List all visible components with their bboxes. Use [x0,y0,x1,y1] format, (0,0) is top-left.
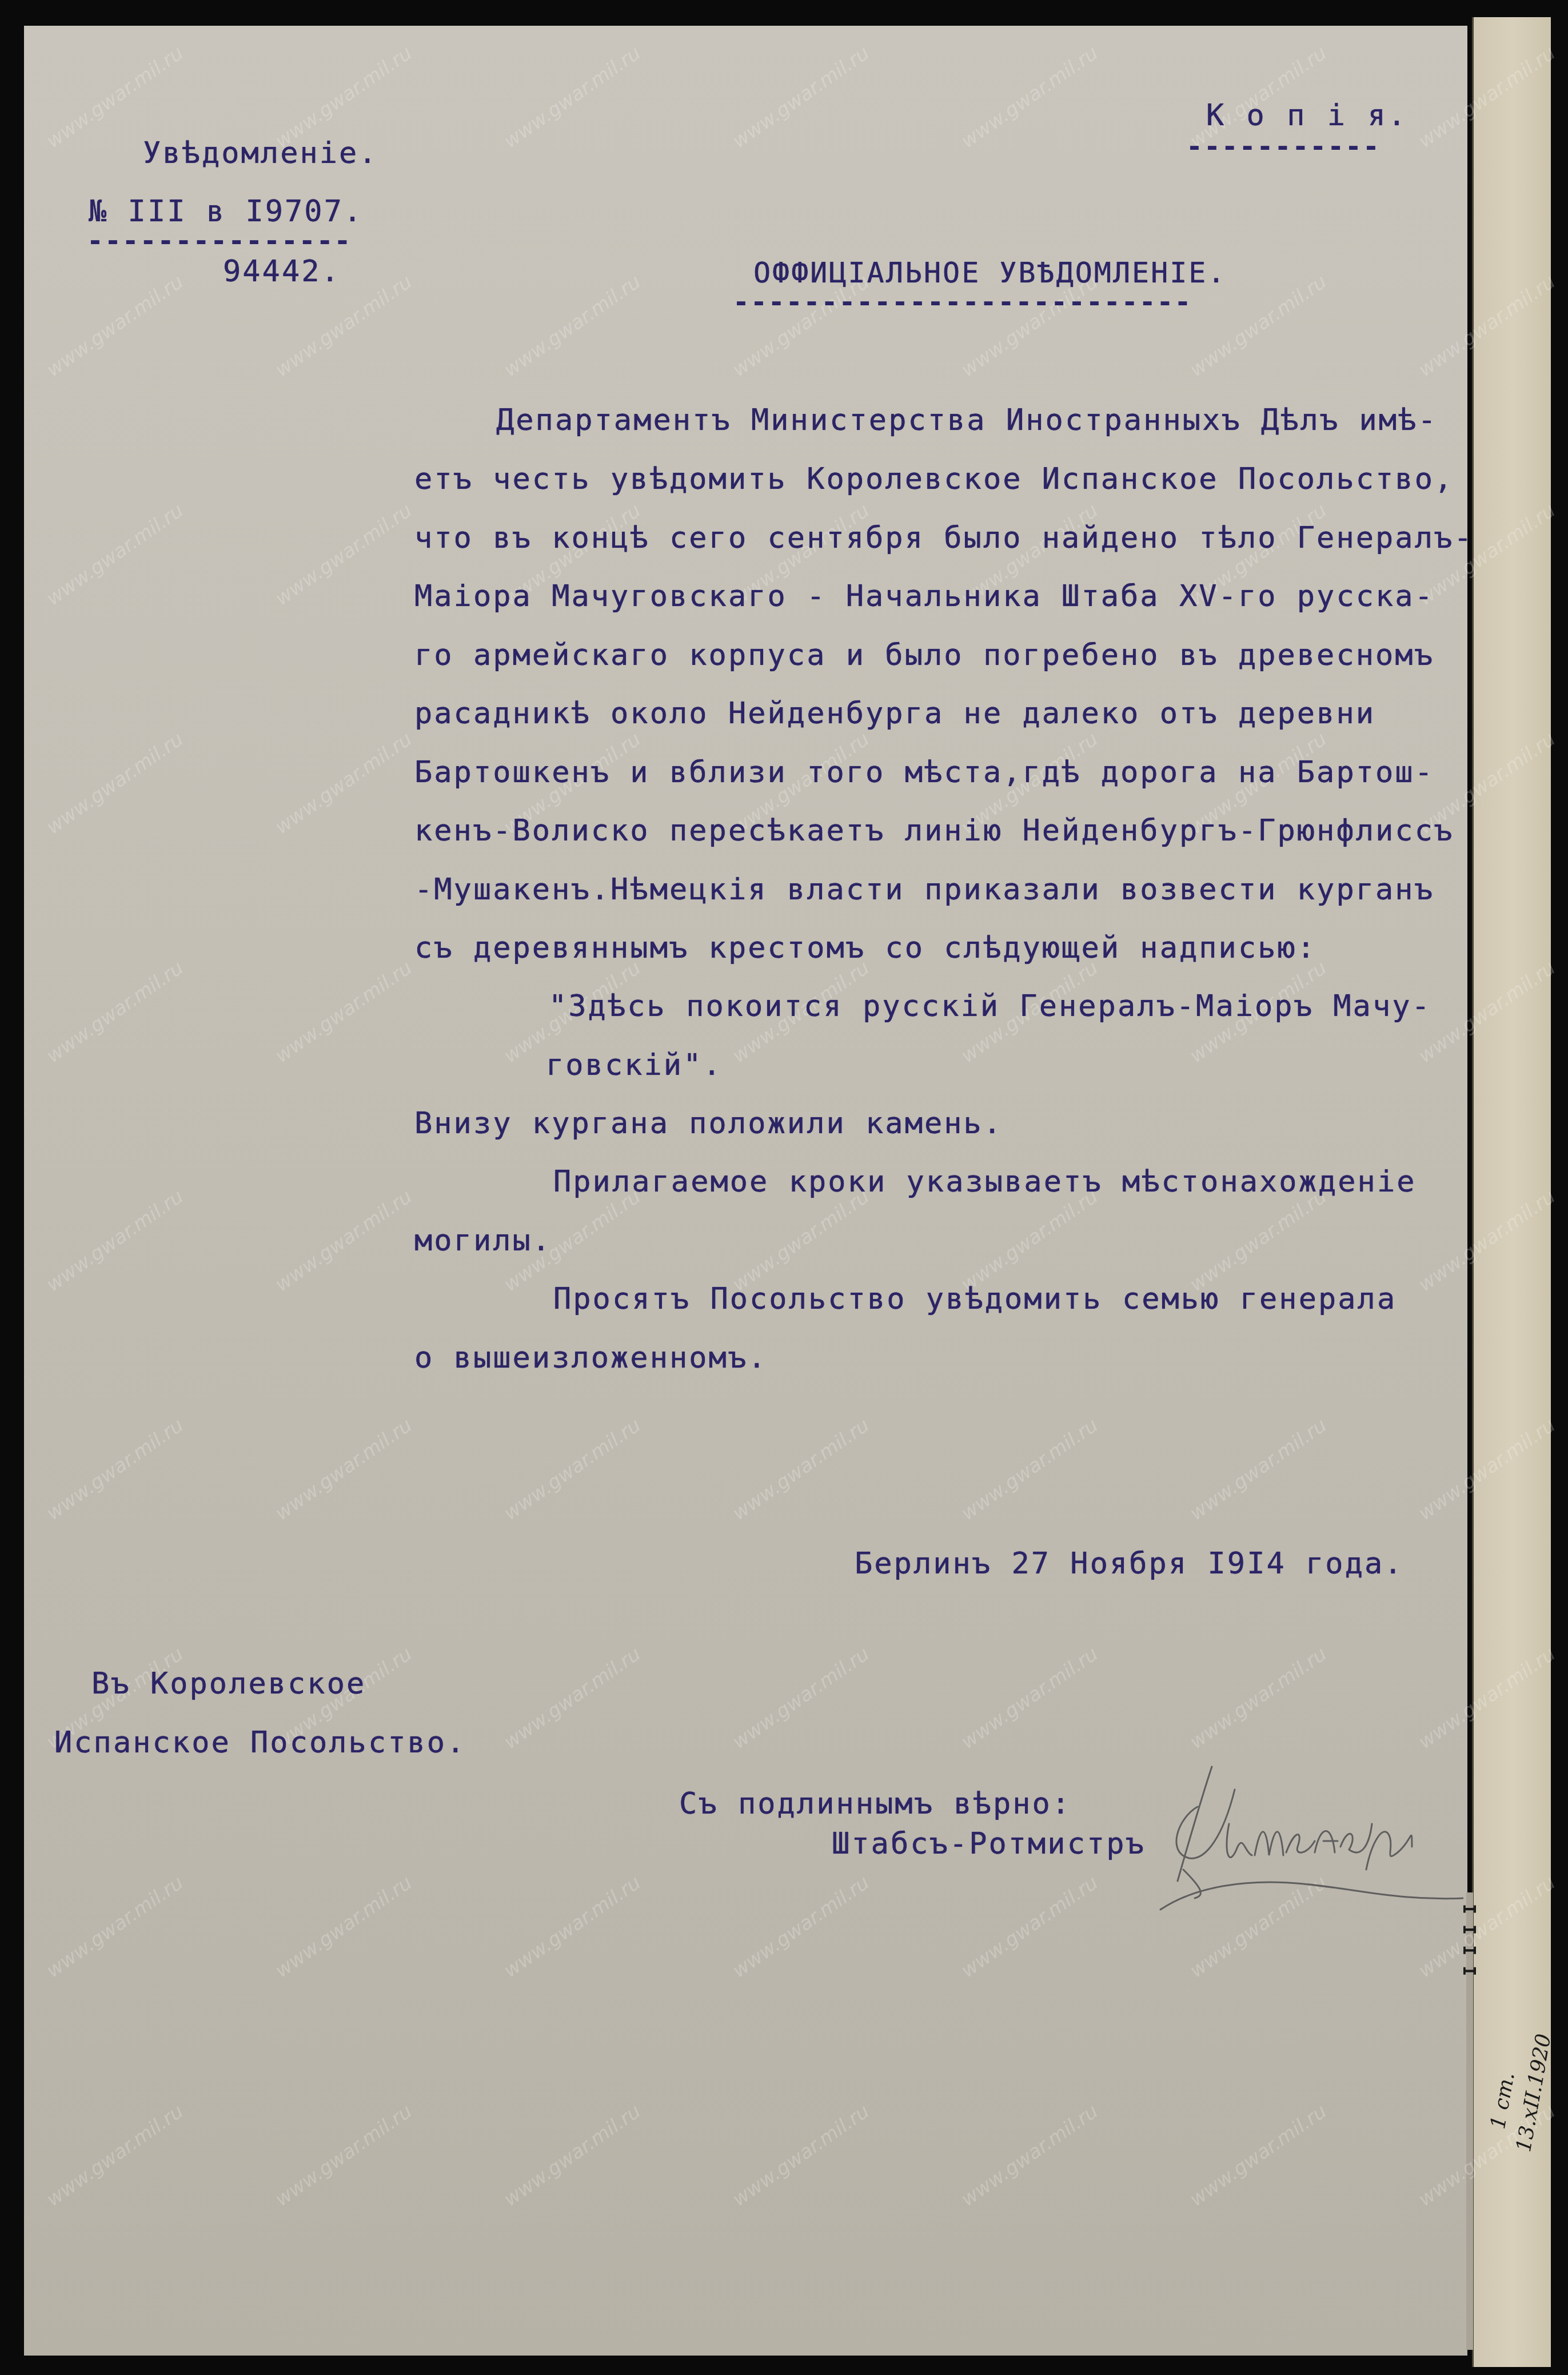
inscription-line: "Здѣсь покоится русскій Генералъ-Маіоръ … [549,989,1431,1023]
document-title: ОФФИЦІАЛЬНОЕ УВѢДОМЛЕНІЕ. [753,256,1227,289]
copy-divider: ----------- [1186,130,1381,162]
certification-rank: Штабсъ-Ротмистръ [832,1827,1146,1861]
body-line: етъ честь увѣдомить Королевское Испанско… [414,462,1454,496]
notice-number: № III в I9707. [89,194,363,229]
body-line: съ деревяннымъ крестомъ со слѣдующей над… [414,931,1316,965]
certification-line: Съ подлиннымъ вѣрно: [679,1787,1071,1821]
stamp-fragment: I I I I [1469,1904,1481,1976]
notice-divider: --------------- [87,225,352,257]
handwritten-signature-icon [1143,1755,1463,1915]
sketch-paragraph-line: могилы. [414,1224,552,1258]
addressee-line: Въ Королевское [91,1667,366,1701]
sketch-paragraph-line: Прилагаемое кроки указываетъ мѣстонахожд… [553,1165,1417,1199]
body-line: -Мушакенъ.Нѣмецкія власти приказали возв… [414,872,1434,907]
body-line: расадникѣ около Нейденбурга не далеко от… [414,696,1375,731]
request-paragraph-line: о вышеизложенномъ. [414,1341,768,1375]
notice-label: Увѣдомленіе. [143,136,378,170]
notice-sub-number: 94442. [223,254,341,289]
body-line: го армейскаго корпуса и было погребено в… [414,638,1434,672]
body-line: что въ концѣ сего сентября было найдено … [414,521,1474,555]
addressee-line: Испанское Посольство. [54,1726,466,1760]
request-paragraph-line: Просятъ Посольство увѣдомить семью генер… [553,1282,1397,1316]
title-divider: -------------------------- [733,286,1192,318]
copy-label: К о п і я. [1206,98,1408,133]
inscription-line: говскій". [546,1048,723,1082]
date-line: Берлинъ 27 Ноября I9I4 года. [855,1547,1404,1581]
body-line: Департаментъ Министерства Иностранныхъ Д… [496,403,1438,437]
body-line: Маіора Мачуговскаго - Начальника Штаба X… [414,579,1434,613]
body-line: кенъ-Волиско пересѣкаетъ линію Нейденбур… [414,814,1454,848]
stone-paragraph: Внизу кургана положили камень. [414,1106,1003,1141]
margin-note-line: 1 ст. [1486,2070,1519,2131]
margin-handwritten-note: 1 ст. 13.xII.1920 [1481,1881,1543,2167]
body-line: Бартошкенъ и вблизи того мѣста,гдѣ дорог… [414,755,1434,790]
